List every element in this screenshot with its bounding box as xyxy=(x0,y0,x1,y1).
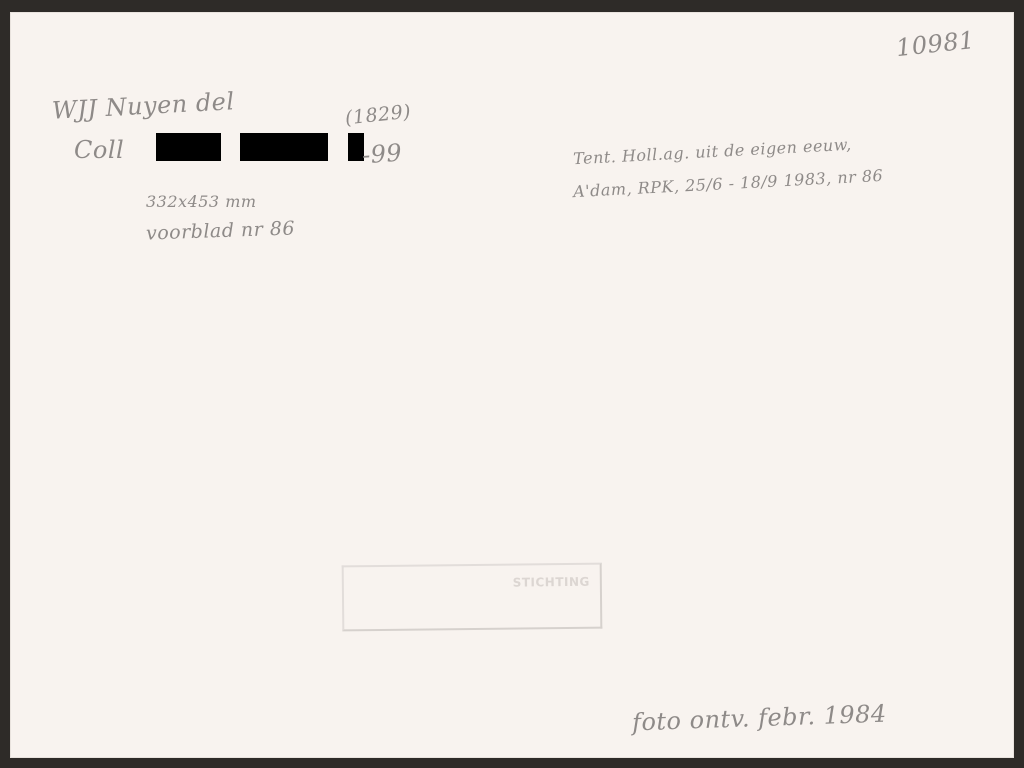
stamp-text-line1: STICHTING xyxy=(513,575,590,590)
photo-received-note: foto ontv. febr. 1984 xyxy=(632,700,888,737)
exhibition-note-line1: Tent. Holl.ag. uit de eigen eeuw, xyxy=(573,135,852,169)
redaction-bar xyxy=(156,133,221,161)
exhibition-note-line2: A'dam, RPK, 25/6 - 18/9 1983, nr 86 xyxy=(573,166,884,201)
artist-note: WJJ Nuyen del xyxy=(51,87,235,125)
date-note: (1829) xyxy=(344,101,412,130)
document-page: 10981 WJJ Nuyen del (1829) Coll -99 332x… xyxy=(10,12,1014,758)
reference-note: voorblad nr 86 xyxy=(146,217,296,244)
faded-stamp: STICHTING xyxy=(342,563,603,632)
redaction-bar xyxy=(240,133,328,161)
catalog-number: 10981 xyxy=(895,26,976,62)
dimensions-note: 332x453 mm xyxy=(146,192,257,211)
collection-suffix: -99 xyxy=(361,139,403,170)
collection-prefix: Coll xyxy=(74,136,124,164)
